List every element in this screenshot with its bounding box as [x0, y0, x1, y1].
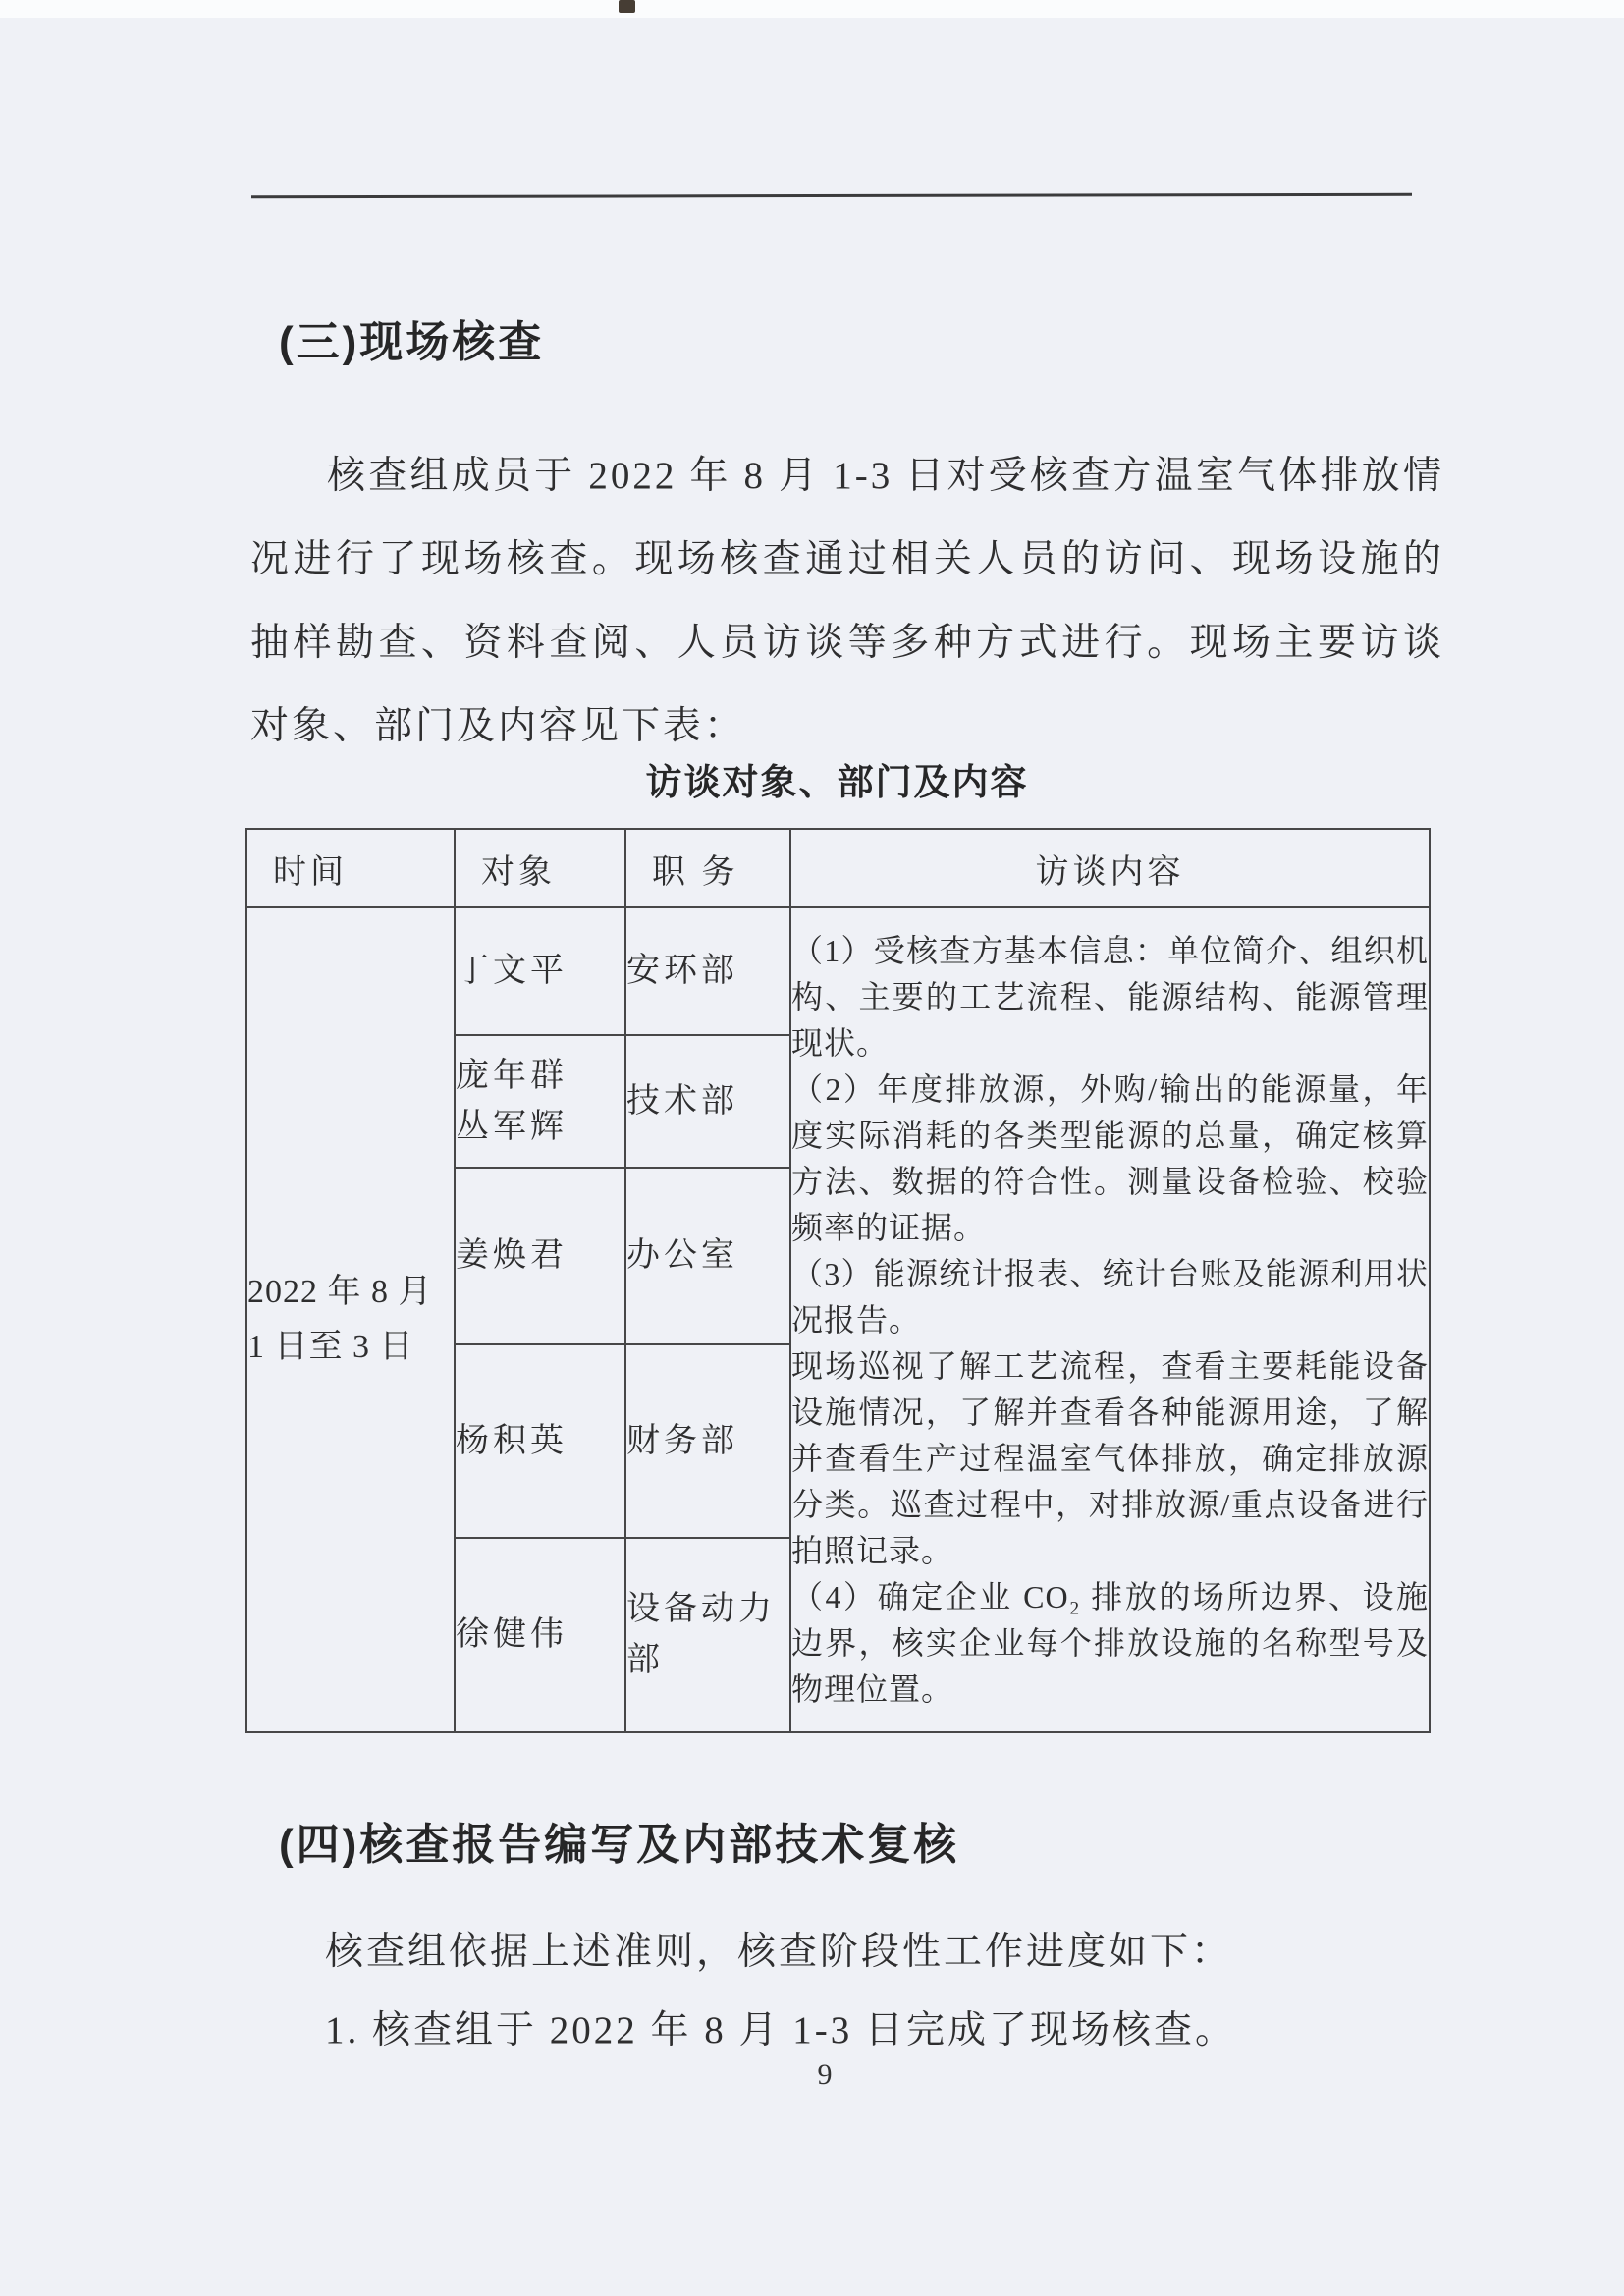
position-cell: 技术部 — [625, 1035, 790, 1168]
section3-heading: (三)现场核查 — [279, 306, 544, 369]
content-paragraph-1: （1）受核查方基本信息：单位简介、组织机构、主要的工艺流程、能源结构、能源管理现… — [791, 928, 1429, 1066]
col-header-subject: 对象 — [455, 829, 625, 907]
subject-name: 丁文平 — [456, 946, 624, 997]
subject-cell: 姜焕君 — [455, 1168, 625, 1344]
subject-name-2: 丛军辉 — [456, 1102, 624, 1153]
interview-table: 时间 对象 职 务 访谈内容 2022 年 8 月 1 日至 3 日 丁文平 安… — [245, 828, 1431, 1733]
col-header-position: 职 务 — [625, 829, 790, 907]
binder-mark — [619, 0, 635, 13]
table-header-row: 时间 对象 职 务 访谈内容 — [246, 829, 1430, 907]
col-header-time: 时间 — [246, 829, 455, 907]
section4-paragraph: 核查组依据上述准则，核查阶段性工作进度如下： — [325, 1921, 1232, 1976]
position-name: 设备动力部 — [626, 1584, 789, 1686]
table-row: 2022 年 8 月 1 日至 3 日 丁文平 安环部 （1）受核查方基本信息：… — [246, 907, 1430, 1035]
table-title: 访谈对象、部门及内容 — [245, 752, 1429, 805]
content-paragraph-4: 现场巡视了解工艺流程，查看主要耗能设备设施情况，了解并查看各种能源用途，了解并查… — [791, 1343, 1429, 1574]
subject-name: 杨积英 — [456, 1416, 624, 1467]
position-name: 安环部 — [626, 946, 789, 997]
subject-cell: 徐健伟 — [455, 1538, 625, 1732]
position-name: 财务部 — [626, 1416, 789, 1467]
time-cell: 2022 年 8 月 1 日至 3 日 — [246, 907, 455, 1732]
document-page: (三)现场核查 核查组成员于 2022 年 8 月 1-3 日对受核查方温室气体… — [0, 0, 1624, 2296]
position-cell: 办公室 — [625, 1168, 790, 1344]
content-paragraph-5: （4）确定企业 CO₂ 排放的场所边界、设施边界，核实企业每个排放设施的名称型号… — [791, 1574, 1429, 1713]
position-cell: 设备动力部 — [625, 1538, 790, 1732]
section3-paragraph: 核查组成员于 2022 年 8 月 1-3 日对受核查方温室气体排放情况进行了现… — [250, 434, 1444, 768]
col-header-content: 访谈内容 — [790, 829, 1430, 907]
subject-name: 庞年群 — [456, 1051, 624, 1102]
position-name: 技术部 — [626, 1076, 789, 1127]
subject-cell: 庞年群 丛军辉 — [455, 1035, 625, 1168]
section4-heading: (四)核查报告编写及内部技术复核 — [279, 1809, 959, 1872]
position-cell: 安环部 — [625, 907, 790, 1035]
scan-top-strip — [0, 0, 1624, 18]
position-name: 办公室 — [626, 1230, 789, 1282]
section4-list-item: 1. 核查组于 2022 年 8 月 1-3 日完成了现场核查。 — [325, 1999, 1236, 2054]
content-paragraph-3: （3）能源统计报表、统计台账及能源利用状况报告。 — [791, 1251, 1429, 1343]
position-cell: 财务部 — [625, 1344, 790, 1538]
time-value: 2022 年 8 月 1 日至 3 日 — [247, 1265, 454, 1375]
subject-cell: 杨积英 — [455, 1344, 625, 1538]
content-cell: （1）受核查方基本信息：单位简介、组织机构、主要的工艺流程、能源结构、能源管理现… — [790, 907, 1430, 1732]
subject-name: 徐健伟 — [456, 1610, 624, 1661]
content-paragraph-2: （2）年度排放源，外购/输出的能源量，年度实际消耗的各类型能源的总量，确定核算方… — [791, 1066, 1429, 1251]
subject-name: 姜焕君 — [456, 1230, 624, 1282]
subject-cell: 丁文平 — [455, 907, 625, 1035]
header-rule — [251, 193, 1412, 198]
page-number: 9 — [0, 2058, 1624, 2092]
